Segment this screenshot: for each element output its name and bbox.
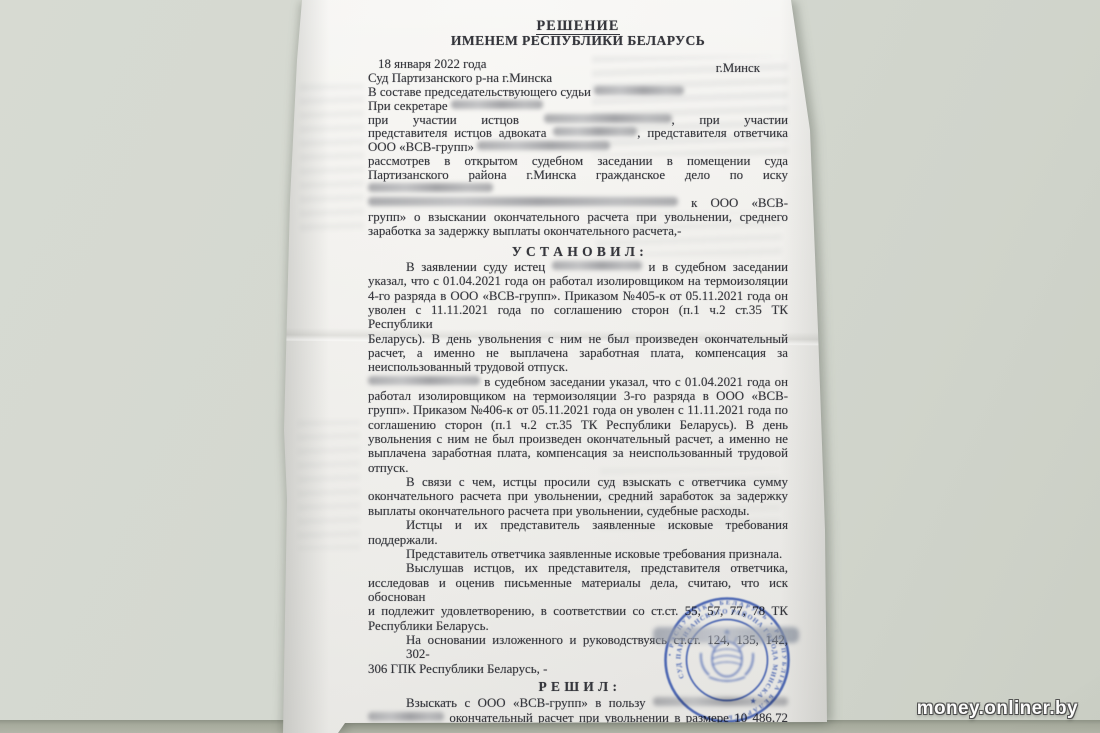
body-text: в судебном заседании указал, что с 01.04…: [484, 375, 788, 389]
case-text: рассмотрев в открытом судебном заседании…: [368, 154, 788, 168]
parties-line-2: представителя истцов адвоката , представ…: [368, 127, 788, 141]
parties-text: , представителя ответчика: [637, 126, 788, 140]
p2-line: увольнения с ним не был произведен оконч…: [368, 432, 788, 446]
redaction-blur: [368, 197, 678, 206]
redaction-blur: [553, 127, 637, 136]
p1-line: 4-го разряда в ООО «ВСВ-групп». Приказом…: [368, 289, 788, 303]
case-text: Партизанского района г.Минска гражданско…: [368, 168, 788, 182]
ink-bleedthrough: [298, 420, 360, 550]
parties-line-1: при участии истцов , при участии: [368, 114, 788, 128]
body-text: 306 ГПК Республики Беларусь, -: [368, 662, 547, 676]
redaction-blur: [544, 114, 672, 123]
p3-line: В связи с чем, истцы просили суд взыскат…: [368, 475, 788, 489]
p2-line: соглашению сторон (п.1 ч.2 ст.35 ТК Респ…: [368, 418, 788, 432]
p1-line: расчет, а именно не выплачена заработная…: [368, 346, 788, 360]
redaction-blur: [451, 100, 543, 109]
paper-shadow: РЕШЕНИЕ ИМЕНЕМ РЕСПУБЛИКИ БЕЛАРУСЬ 18 ян…: [0, 0, 1100, 733]
body-text: увольнения с ним не был произведен оконч…: [368, 432, 788, 446]
body-text: соглашению сторон (п.1 ч.2 ст.35 ТК Респ…: [368, 418, 788, 432]
svg-text:• РЭСПУБЛІКА БЕЛАРУСЬ • РЭСПУБ: • РЭСПУБЛІКА БЕЛАРУСЬ • РЭСПУБЛІКА БЕЛАР…: [667, 599, 788, 720]
secretary-label: При секретаре: [368, 99, 448, 113]
body-text: указал, что с 01.04.2021 года он работал…: [368, 274, 788, 288]
p2-line: работал изолировщиком на термоизоляции 3…: [368, 389, 788, 403]
established-heading: У С Т А Н О В И Л :: [368, 245, 788, 259]
parties-text: при участии истцов: [368, 113, 519, 127]
case-line-3: к ООО «ВСВ-: [368, 197, 788, 211]
redaction-blur: [368, 712, 444, 721]
parties-text: ООО «ВСВ-групп»: [368, 140, 474, 154]
p3-line: окончательного расчета при увольнении, с…: [368, 489, 788, 503]
case-text: к ООО «ВСВ-: [691, 196, 788, 210]
body-text: Представитель ответчика заявленные исков…: [406, 547, 782, 561]
redaction-blur: [594, 86, 684, 95]
p5-line: Представитель ответчика заявленные исков…: [368, 547, 788, 561]
body-text: и в судебном заседании: [649, 260, 788, 274]
judge-line: В составе председательствующего судьи: [368, 86, 788, 100]
doc-title-line: РЕШЕНИЕ: [368, 19, 788, 34]
body-text: расчет, а именно не выплачена заработная…: [368, 346, 788, 360]
paper-left-shade: [283, 0, 329, 733]
case-line-5: заработка за задержку выплаты окончатель…: [368, 225, 788, 239]
p2-line: в судебном заседании указал, что с 01.04…: [368, 375, 788, 389]
body-text: Выслушав истцов, их представителя, предс…: [406, 561, 788, 575]
case-text: групп» о взыскании окончательного расчет…: [368, 210, 788, 224]
p8-line: рублей, средний заработок за задержку вы…: [368, 725, 788, 733]
court-name: Суд Партизанского р-на г.Минска: [368, 71, 552, 85]
case-line-2: Партизанского района г.Минска гражданско…: [368, 169, 788, 197]
p4-line: поддержали.: [368, 533, 788, 547]
secretary-line: При секретаре: [368, 100, 788, 114]
p3-line: выплаты окончательного расчета при уволь…: [368, 504, 788, 518]
case-line-4: групп» о взыскании окончательного расчет…: [368, 211, 788, 225]
parties-line-3: ООО «ВСВ-групп»: [368, 141, 788, 155]
p1-line: Беларусь). В день увольнения с ним не бы…: [368, 332, 788, 346]
p6-line: Выслушав истцов, их представителя, предс…: [368, 561, 788, 575]
doc-subtitle: ИМЕНЕМ РЕСПУБЛИКИ БЕЛАРУСЬ: [368, 34, 788, 48]
p2-line: выплачена заработная плата, компенсация …: [368, 446, 788, 460]
photo-scene: РЕШЕНИЕ ИМЕНЕМ РЕСПУБЛИКИ БЕЛАРУСЬ 18 ян…: [0, 0, 1100, 733]
body-text: рублей, средний заработок за задержку вы…: [368, 725, 776, 733]
body-text: выплачена заработная плата, компенсация …: [368, 446, 788, 460]
body-text: Беларусь). В день увольнения с ним не бы…: [368, 332, 788, 346]
redaction-blur: [552, 261, 642, 270]
svg-text:СУД ПАРТИЗАНСКОГО РАЙОНА ГОРОД: СУД ПАРТИЗАНСКОГО РАЙОНА ГОРОДА МИНСКА ★: [659, 591, 796, 729]
body-text: 4-го разряда в ООО «ВСВ-групп». Приказом…: [368, 289, 788, 303]
date-row: 18 января 2022 года г.Минск: [368, 58, 788, 72]
p4-line: Истцы и их представитель заявленные иско…: [368, 518, 788, 532]
case-line-1: рассмотрев в открытом судебном заседании…: [368, 155, 788, 169]
p1-line: указал, что с 01.04.2021 года он работал…: [368, 274, 788, 288]
redaction-blur: [477, 141, 610, 150]
judge-label: В составе председательствующего судьи: [368, 85, 591, 99]
body-text: В связи с чем, истцы просили суд взыскат…: [406, 475, 788, 489]
p2-line: групп». Приказом №406-к от 05.11.2021 го…: [368, 403, 788, 417]
watermark: money.onliner.by: [917, 698, 1078, 720]
body-text: Истцы и их представитель заявленные иско…: [406, 518, 788, 532]
stamp-ring-inner-text: СУД ПАРТИЗАНСКОГО РАЙОНА ГОРОДА МИНСКА ★: [659, 591, 796, 729]
body-text: отпуск.: [368, 461, 408, 475]
body-text: окончательного расчета при увольнении, с…: [368, 489, 788, 503]
doc-city: г.Минск: [716, 62, 760, 76]
p1-line: неиспользованный трудовой отпуск.: [368, 360, 788, 374]
body-text: В заявлении суду истец: [406, 260, 545, 274]
body-text: поддержали.: [368, 533, 438, 547]
stamp-ring-outer-text: • РЭСПУБЛІКА БЕЛАРУСЬ • РЭСПУБЛІКА БЕЛАР…: [667, 599, 788, 720]
redaction-blur: [368, 183, 493, 192]
body-text: выплаты окончательного расчета при уволь…: [368, 504, 749, 518]
redaction-over-stamp: [653, 627, 799, 643]
body-text: работал изолировщиком на термоизоляции 3…: [368, 389, 788, 403]
p1-line: уволен с 11.11.2021 года по соглашению с…: [368, 303, 788, 332]
paper-document: РЕШЕНИЕ ИМЕНЕМ РЕСПУБЛИКИ БЕЛАРУСЬ 18 ян…: [0, 0, 1100, 733]
case-text: заработка за задержку выплаты окончатель…: [368, 224, 681, 238]
p2-line: отпуск.: [368, 461, 788, 475]
stamp-outer-circle: [666, 599, 789, 722]
court-stamp: • РЭСПУБЛІКА БЕЛАРУСЬ • РЭСПУБЛІКА БЕЛАР…: [652, 585, 802, 733]
parties-text: , при участии: [672, 113, 788, 127]
body-text: неиспользованный трудовой отпуск.: [368, 360, 568, 374]
body-text: групп». Приказом №406-к от 05.11.2021 го…: [368, 403, 788, 417]
p1-line: В заявлении суду истец и в судебном засе…: [368, 260, 788, 274]
redaction-blur: [368, 376, 480, 385]
body-text: уволен с 11.11.2021 года по соглашению с…: [368, 303, 788, 331]
body-text: Взыскать с ООО «ВСВ-групп» в пользу: [406, 696, 646, 710]
ink-bleedthrough: [300, 84, 364, 234]
doc-date: 18 января 2022 года: [378, 58, 487, 72]
parties-text: представителя истцов адвоката: [368, 126, 546, 140]
body-text: Республики Беларусь.: [368, 619, 489, 633]
